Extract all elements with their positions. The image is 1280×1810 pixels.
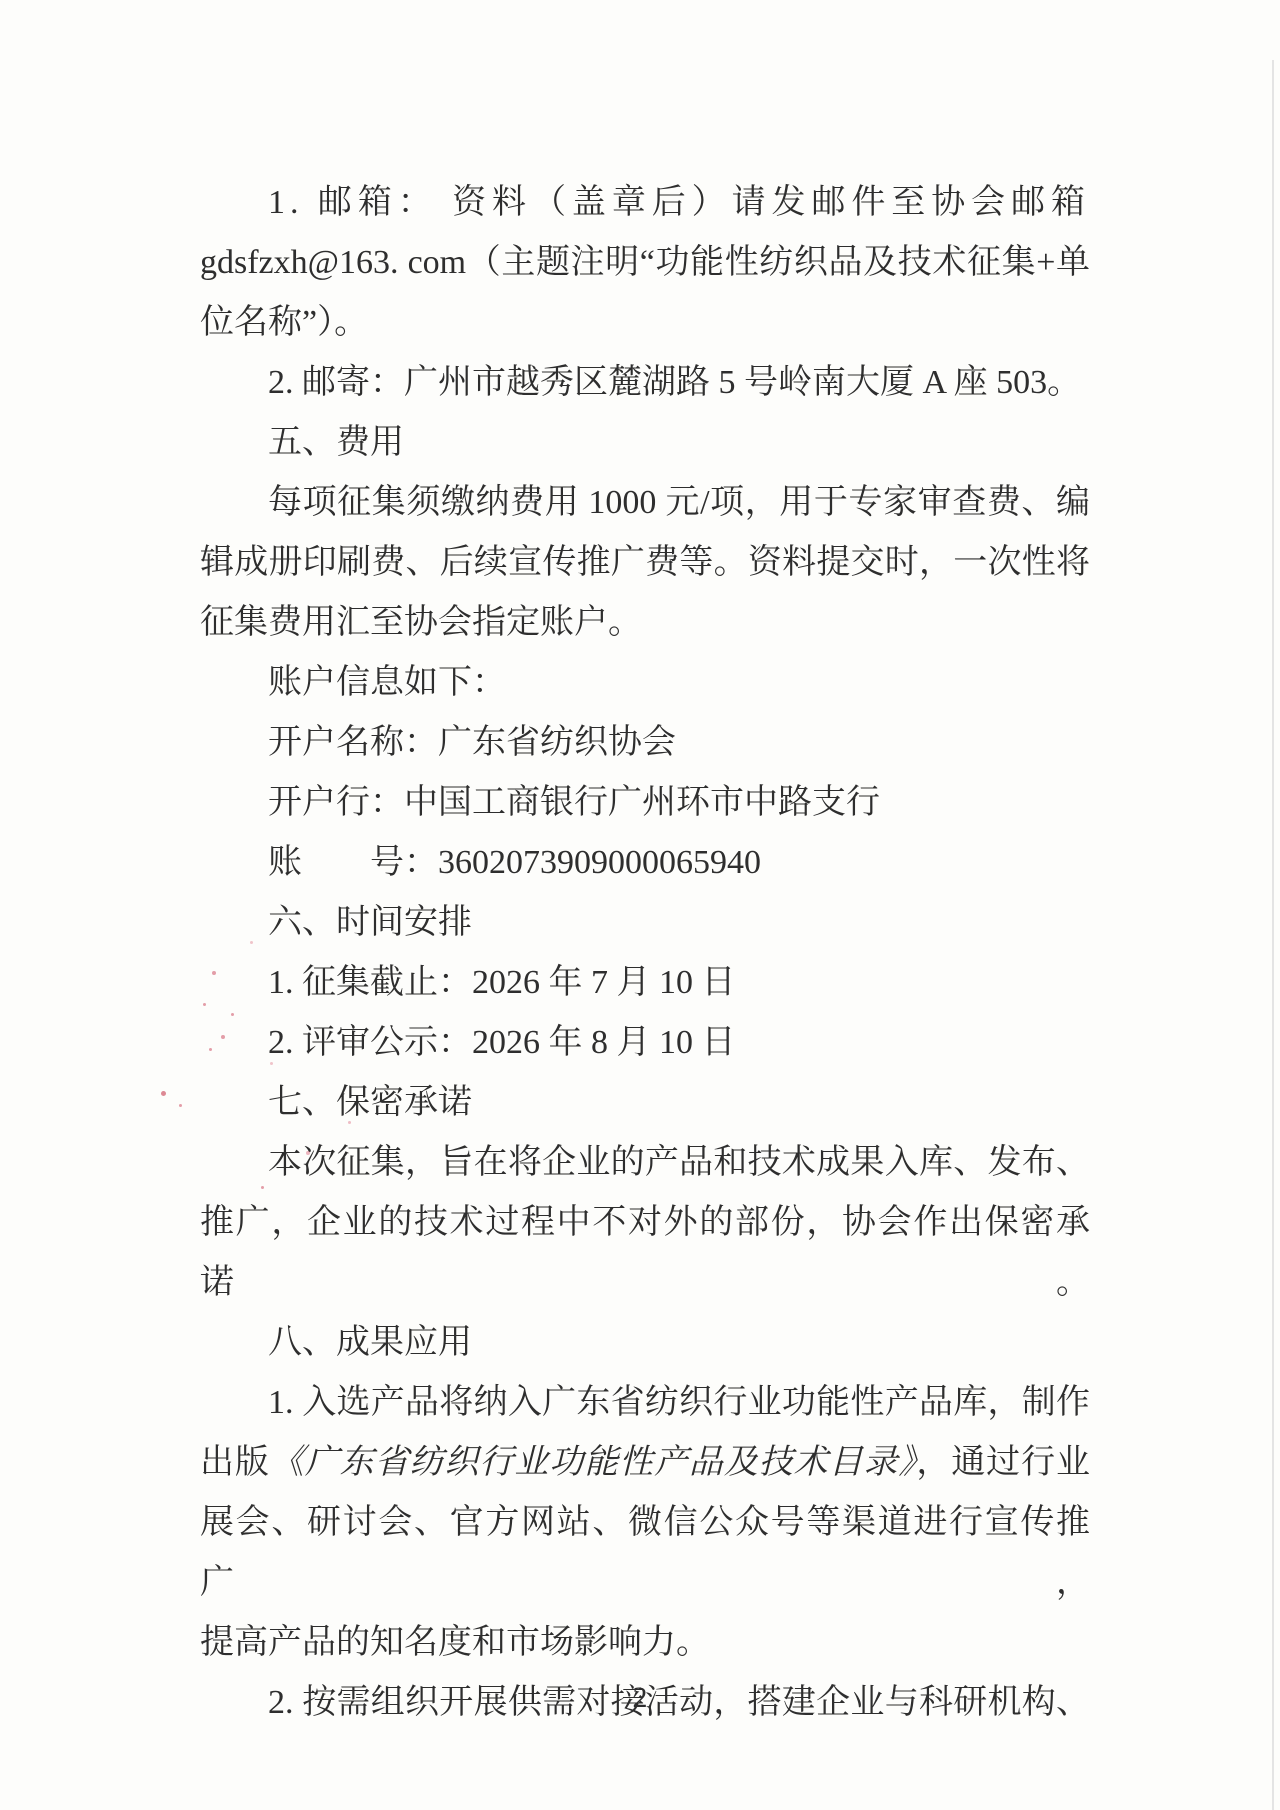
line-fees-1: 每项征集须缴纳费用 1000 元/项，用于专家审查费、编 <box>200 473 1090 533</box>
line-email-address: gdsfzxh@163. com（主题注明“功能性纺织品及技术征集+单 <box>200 233 1090 293</box>
line-account-info-intro: 账户信息如下： <box>200 653 1090 713</box>
line-confidentiality-2: 推广，企业的技术过程中不对外的部份，协会作出保密承诺。 <box>200 1193 1090 1313</box>
scan-speckle <box>348 1121 351 1124</box>
heading-confidentiality: 七、保密承诺 <box>200 1073 1090 1133</box>
line-results-3: 展会、研讨会、官方网站、微信公众号等渠道进行宣传推广， <box>200 1493 1090 1613</box>
catalog-line-post: ，通过行业 <box>916 1444 1090 1481</box>
heading-fees: 五、费用 <box>200 413 1090 473</box>
scan-speckle <box>212 971 216 975</box>
scan-speckle <box>306 1151 310 1155</box>
line-review-announce: 2. 评审公示：2026 年 8 月 10 日 <box>200 1013 1090 1073</box>
line-confidentiality-1: 本次征集，旨在将企业的产品和技术成果入库、发布、 <box>200 1133 1090 1193</box>
book-title: 《广东省纺织行业功能性产品及技术目录》 <box>270 1444 916 1481</box>
line-fees-2: 辑成册印刷费、后续宣传推广费等。资料提交时，一次性将 <box>200 533 1090 593</box>
heading-results-app: 八、成果应用 <box>200 1313 1090 1373</box>
scan-speckle <box>161 1091 166 1096</box>
page-number: 2 <box>0 1668 1280 1728</box>
scan-speckle <box>221 1035 225 1039</box>
scan-speckle <box>209 1048 212 1051</box>
line-results-2: 出版《广东省纺织行业功能性产品及技术目录》，通过行业 <box>200 1433 1090 1493</box>
heading-schedule: 六、时间安排 <box>200 893 1090 953</box>
line-deadline-collection: 1. 征集截止：2026 年 7 月 10 日 <box>200 953 1090 1013</box>
line-account-number: 账 号：3602073909000065940 <box>200 833 1090 893</box>
line-results-1: 1. 入选产品将纳入广东省纺织行业功能性产品库，制作 <box>200 1373 1090 1433</box>
line-email-address-cont: 位名称”）。 <box>200 293 1090 353</box>
scan-speckle <box>179 1104 182 1107</box>
line-results-4: 提高产品的知名度和市场影响力。 <box>200 1613 1090 1673</box>
line-fees-3: 征集费用汇至协会指定账户。 <box>200 593 1090 653</box>
scan-speckle <box>270 1062 273 1065</box>
line-postal-address: 2. 邮寄：广州市越秀区麓湖路 5 号岭南大厦 A 座 503。 <box>200 353 1090 413</box>
scan-speckle <box>231 1013 234 1016</box>
line-email-channel: 1. 邮箱： 资料（盖章后）请发邮件至协会邮箱 <box>200 173 1090 233</box>
catalog-line-pre: 出版 <box>200 1444 270 1481</box>
document-page: 1. 邮箱： 资料（盖章后）请发邮件至协会邮箱 gdsfzxh@163. com… <box>0 0 1280 1810</box>
scan-speckle <box>203 1003 206 1006</box>
document-body: 1. 邮箱： 资料（盖章后）请发邮件至协会邮箱 gdsfzxh@163. com… <box>200 173 1090 1733</box>
line-bank-name: 开户行：中国工商银行广州环市中路支行 <box>200 773 1090 833</box>
scan-speckle <box>250 941 253 944</box>
scan-speckle <box>261 1186 264 1189</box>
line-account-name: 开户名称：广东省纺织协会 <box>200 713 1090 773</box>
scan-edge-line <box>1272 60 1274 1810</box>
